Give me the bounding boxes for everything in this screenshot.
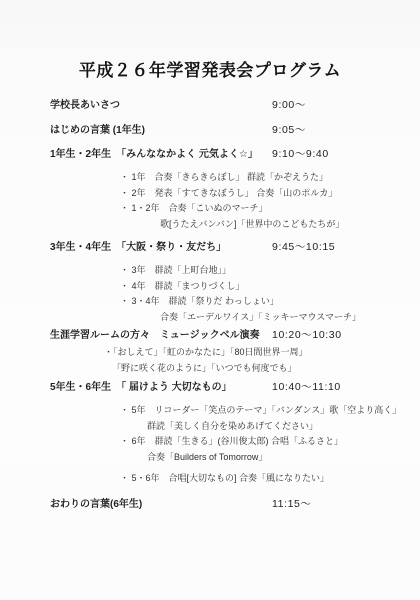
section-row: 学校長あいさつ9:00～: [0, 99, 420, 112]
program-detail-line: 合奏「エーデルワイス」「ミッキーマウスマーチ」: [0, 310, 420, 326]
section-time: 9:10～9:40: [272, 148, 329, 161]
section-row: 3年生・4年生 「大阪・祭り・友だち」9:45～10:15: [0, 241, 420, 254]
program-detail-line: ・ 6年 群読「生きる」(谷川俊太郎) 合唱「ふるさと」: [0, 434, 420, 450]
program-detail-line: 群読「美しく自分を染めあげてください」: [0, 419, 420, 435]
program-detail-line: ・ 4年 群読「まつりづくし」: [0, 279, 420, 295]
page-title: 平成２６年学習発表会プログラム: [0, 0, 420, 81]
section-label: 学校長あいさつ: [50, 100, 120, 111]
program-page: 平成２６年学習発表会プログラム 学校長あいさつ9:00～はじめの言葉 (1年生)…: [0, 0, 420, 600]
section-time: 10:40～11:10: [272, 381, 341, 394]
section-time: 11:15～: [272, 498, 312, 511]
section-label: 1年生・2年生 「みんななかよく 元気よく☆」: [50, 149, 258, 160]
section-label: 5年生・6年生 「 届けよう 大切なもの」: [50, 382, 232, 393]
section-label: 生涯学習ルームの方々 ミュージックベル演奏: [50, 330, 260, 341]
section-label: おわりの言葉(6年生): [50, 499, 142, 510]
program-section: おわりの言葉(6年生)11:15～: [0, 498, 420, 511]
program-detail-line: ・ 5・6年 合唱[大切なもの] 合奏「風になりたい」: [0, 471, 420, 487]
program-detail-line: ・ 5年 リコーダー「笑点のテーマ」「バンダンス」歌「空より高く」: [0, 403, 420, 419]
program-detail-line: ・「おしえて」「虹のかなたに」「80日間世界一周」: [0, 345, 420, 361]
program-section: 5年生・6年生 「 届けよう 大切なもの」10:40～11:10・ 5年 リコー…: [0, 381, 420, 487]
program-detail-line: 歌[うたえバンバン]「世界中のこどもたちが」: [0, 217, 420, 233]
section-row: 生涯学習ルームの方々 ミュージックベル演奏10:20～10:30: [0, 329, 420, 342]
section-details: ・ 1年 合奏「きらきらぼし」 群読「かぞえうた」・ 2年 発表「すてきなぼうし…: [0, 170, 420, 232]
program-detail-line: ・ 3・4年 群読「祭りだ わっしょい」: [0, 294, 420, 310]
program-section: 1年生・2年生 「みんななかよく 元気よく☆」9:10～9:40・ 1年 合奏「…: [0, 148, 420, 232]
section-row: 5年生・6年生 「 届けよう 大切なもの」10:40～11:10: [0, 381, 420, 394]
section-row: はじめの言葉 (1年生)9:05～: [0, 124, 420, 137]
program-detail-line: 「野に咲く花のように」「いつでも何度でも」: [0, 361, 420, 377]
program-section: 学校長あいさつ9:00～: [0, 99, 420, 112]
section-details: ・ 5年 リコーダー「笑点のテーマ」「バンダンス」歌「空より高く」群読「美しく自…: [0, 403, 420, 487]
program-detail-line: ・ 1年 合奏「きらきらぼし」 群読「かぞえうた」: [0, 170, 420, 186]
section-time: 9:00～: [272, 99, 306, 112]
section-row: おわりの言葉(6年生)11:15～: [0, 498, 420, 511]
section-label: はじめの言葉 (1年生): [50, 125, 145, 136]
section-time: 9:05～: [272, 124, 306, 137]
program-detail-line: ・ 1・2年 合奏「こいぬのマーチ」: [0, 201, 420, 217]
section-time: 10:20～10:30: [272, 329, 342, 342]
program-detail-line: ・ 3年 群読「上町台地」」: [0, 263, 420, 279]
program-section: 生涯学習ルームの方々 ミュージックベル演奏10:20～10:30・「おしえて」「…: [0, 329, 420, 376]
program-detail-line: 合奏「Builders of Tomorrow」: [0, 450, 420, 466]
program-section: はじめの言葉 (1年生)9:05～: [0, 124, 420, 137]
program-detail-line: ・ 2年 発表「すてきなぼうし」 合奏「山のポルカ」: [0, 186, 420, 202]
program-section: 3年生・4年生 「大阪・祭り・友だち」9:45～10:15・ 3年 群読「上町台…: [0, 241, 420, 325]
section-label: 3年生・4年生 「大阪・祭り・友だち」: [50, 242, 226, 253]
program-sections: 学校長あいさつ9:00～はじめの言葉 (1年生)9:05～1年生・2年生 「みん…: [0, 99, 420, 511]
section-row: 1年生・2年生 「みんななかよく 元気よく☆」9:10～9:40: [0, 148, 420, 161]
section-details: ・ 3年 群読「上町台地」」・ 4年 群読「まつりづくし」・ 3・4年 群読「祭…: [0, 263, 420, 325]
section-time: 9:45～10:15: [272, 241, 335, 254]
section-details: ・「おしえて」「虹のかなたに」「80日間世界一周」「野に咲く花のように」「いつで…: [0, 345, 420, 376]
